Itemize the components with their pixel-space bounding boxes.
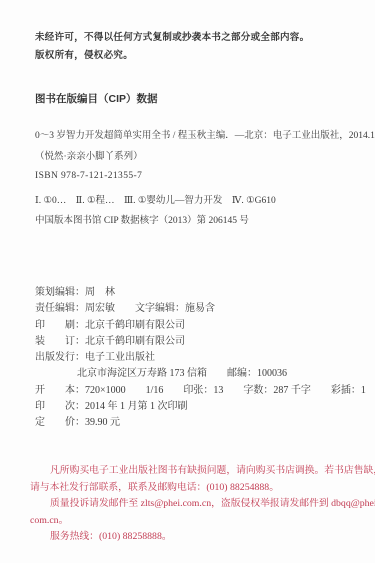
colophon-row-responsible-editor: 责任编辑：周宏敏 文字编辑：施易含 (35, 301, 366, 317)
colophon-label: 出版发行： (35, 352, 85, 363)
colophon-row-binder: 装 订：北京千鹤印刷有限公司 (35, 334, 366, 350)
colophon-row-price: 定 价：39.90 元 (35, 415, 366, 431)
colophon-row-publisher-address: 北京市海淀区万寿路 173 信箱 邮编：100036 (35, 366, 366, 382)
copyright-notice-line2: 版权所有，侵权必究。 (35, 47, 309, 65)
colophon-row-format: 开 本：720×1000 1/16 印张：13 字数：287 千字 彩插：1 (35, 383, 366, 399)
colophon-value: 39.90 元 (85, 417, 120, 428)
cip-series-name: （悦然·亲亲小脚丫系列） (35, 148, 363, 162)
colophon-row-publisher: 出版发行：电子工业出版社 (35, 350, 366, 366)
cip-classification: Ⅰ. ①0… Ⅱ. ①程… Ⅲ. ①婴幼儿—智力开发 Ⅳ. ①G610 (35, 192, 363, 206)
book-copyright-page: 未经许可，不得以任何方式复制或抄袭本书之部分或全部内容。 版权所有，侵权必究。 … (0, 0, 375, 563)
cip-book-entry: 0～3 岁智力开发超简单实用全书 / 程玉秋主编．—北京：电子工业出版社，201… (35, 127, 363, 141)
colophon-label: 开 本： (35, 385, 85, 396)
colophon-value: 周宏敏 文字编辑：施易含 (85, 303, 215, 314)
colophon-label: 定 价： (35, 417, 85, 428)
colophon-label: 印 次： (35, 401, 85, 412)
colophon-value: 电子工业出版社 (85, 352, 155, 363)
service-notice-line3: 质量投诉请发邮件至 zlts@phei.com.cn，盗版侵权举报请发邮件到 d… (30, 496, 365, 513)
colophon-row-print-run: 印 次：2014 年 1 月第 1 次印刷 (35, 399, 366, 415)
copyright-notice: 未经许可，不得以任何方式复制或抄袭本书之部分或全部内容。 版权所有，侵权必究。 (35, 29, 309, 64)
service-notice-line4: com.cn。 (30, 513, 365, 530)
colophon-row-printer: 印 刷：北京千鹤印刷有限公司 (35, 318, 366, 334)
cip-data-block: 图书在版编目（CIP）数据 0～3 岁智力开发超简单实用全书 / 程玉秋主编．—… (35, 91, 363, 226)
service-notice: 凡所购买电子工业出版社图书有缺损问题，请向购买书店调换。若书店售缺， 请与本社发… (30, 463, 365, 546)
cip-record-number: 中国版本图书馆 CIP 数据核字（2013）第 206145 号 (35, 212, 363, 226)
colophon-value: 北京千鹤印刷有限公司 (85, 320, 185, 331)
colophon-label: 策划编辑： (35, 287, 85, 298)
colophon-value: 北京市海淀区万寿路 173 信箱 邮编：100036 (77, 368, 287, 379)
cip-title: 图书在版编目（CIP）数据 (35, 91, 363, 106)
cip-isbn: ISBN 978-7-121-21355-7 (35, 171, 363, 181)
colophon-row-planning-editor: 策划编辑：周 林 (35, 285, 366, 301)
colophon: 策划编辑：周 林 责任编辑：周宏敏 文字编辑：施易含 印 刷：北京千鹤印刷有限公… (35, 285, 366, 432)
service-notice-line1: 凡所购买电子工业出版社图书有缺损问题，请向购买书店调换。若书店售缺， (30, 463, 365, 480)
service-notice-line2: 请与本社发行部联系，联系及邮购电话：(010) 88254888。 (30, 480, 365, 497)
copyright-notice-line1: 未经许可，不得以任何方式复制或抄袭本书之部分或全部内容。 (35, 29, 309, 47)
colophon-value: 2014 年 1 月第 1 次印刷 (85, 401, 188, 412)
service-notice-line5: 服务热线：(010) 88258888。 (30, 529, 365, 546)
colophon-value: 北京千鹤印刷有限公司 (85, 336, 185, 347)
colophon-value: 720×1000 1/16 印张：13 字数：287 千字 彩插：1 (85, 385, 366, 396)
colophon-label: 印 刷： (35, 320, 85, 331)
colophon-label: 责任编辑： (35, 303, 85, 314)
colophon-value: 周 林 (85, 287, 115, 298)
colophon-label: 装 订： (35, 336, 85, 347)
